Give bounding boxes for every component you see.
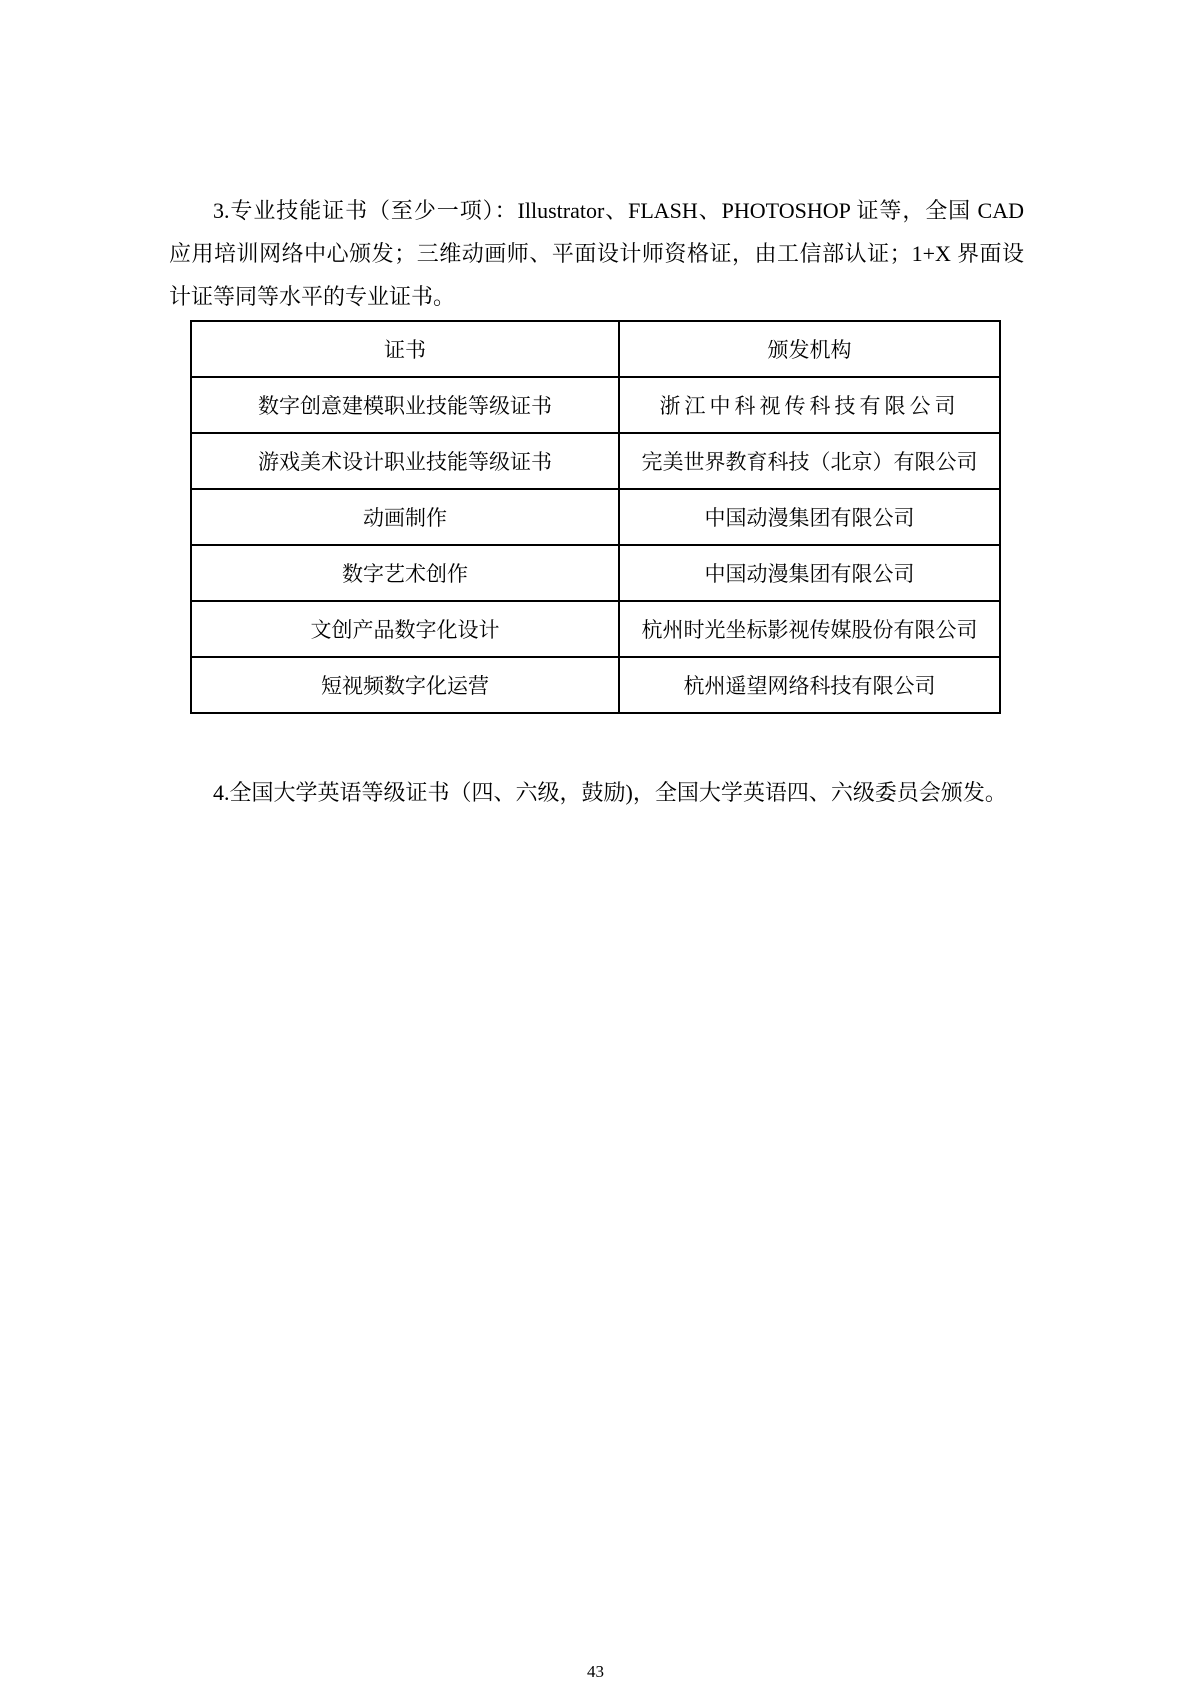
table-header-row: 证书 颁发机构	[191, 321, 1000, 377]
column-header-issuer: 颁发机构	[619, 321, 1000, 377]
cell-certificate: 数字创意建模职业技能等级证书	[191, 377, 619, 433]
table-row: 文创产品数字化设计 杭州时光坐标影视传媒股份有限公司	[191, 601, 1000, 657]
table-row: 数字艺术创作 中国动漫集团有限公司	[191, 545, 1000, 601]
cell-issuer: 杭州遥望网络科技有限公司	[619, 657, 1000, 713]
cell-certificate: 数字艺术创作	[191, 545, 619, 601]
cell-certificate: 游戏美术设计职业技能等级证书	[191, 433, 619, 489]
table-row: 动画制作 中国动漫集团有限公司	[191, 489, 1000, 545]
column-header-certificate: 证书	[191, 321, 619, 377]
document-page: { "page": { "number": "43", "background_…	[0, 0, 1191, 1684]
table-row: 短视频数字化运营 杭州遥望网络科技有限公司	[191, 657, 1000, 713]
certificates-table: 证书 颁发机构 数字创意建模职业技能等级证书 浙江中科视传科技有限公司 游戏美术…	[190, 320, 1001, 714]
cell-issuer: 中国动漫集团有限公司	[619, 545, 1000, 601]
cell-issuer: 杭州时光坐标影视传媒股份有限公司	[619, 601, 1000, 657]
page-content: 3.专业技能证书（至少一项）：Illustrator、FLASH、PHOTOSH…	[169, 0, 1024, 814]
cell-issuer: 中国动漫集团有限公司	[619, 489, 1000, 545]
cell-certificate: 短视频数字化运营	[191, 657, 619, 713]
table-row: 数字创意建模职业技能等级证书 浙江中科视传科技有限公司	[191, 377, 1000, 433]
cell-issuer: 浙江中科视传科技有限公司	[619, 377, 1000, 433]
paragraph-english-certificates: 4.全国大学英语等级证书（四、六级，鼓励)，全国大学英语四、六级委员会颁发。	[169, 771, 1024, 814]
table-row: 游戏美术设计职业技能等级证书 完美世界教育科技（北京）有限公司	[191, 433, 1000, 489]
cell-issuer: 完美世界教育科技（北京）有限公司	[619, 433, 1000, 489]
paragraph-skill-certificates: 3.专业技能证书（至少一项）：Illustrator、FLASH、PHOTOSH…	[169, 189, 1024, 318]
cell-certificate: 文创产品数字化设计	[191, 601, 619, 657]
page-number: 43	[0, 1662, 1191, 1682]
cell-certificate: 动画制作	[191, 489, 619, 545]
